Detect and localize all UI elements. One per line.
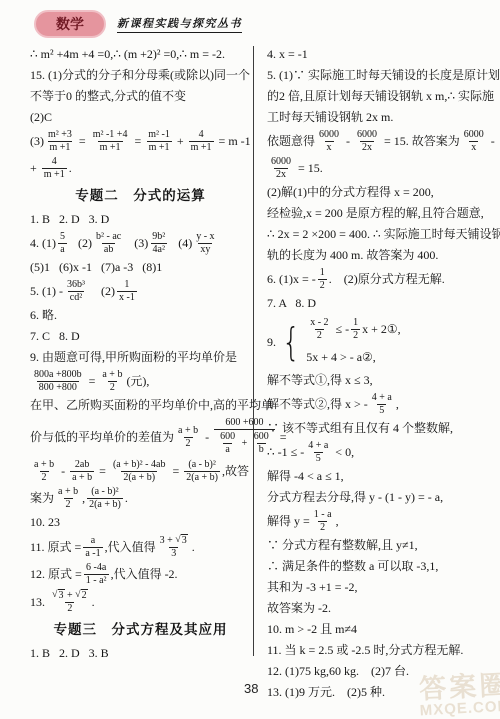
column-divider <box>253 46 254 656</box>
section-heading: 专题三 分式方程及其应用 <box>30 619 251 640</box>
content-line: ∴ -1 ≤ -4 + a5 < 0, <box>267 439 496 466</box>
content-line: ∴ 2x = 2 ×200 = 400. ∴ 实际施工时每天铺设钢 <box>267 224 496 245</box>
content-line: 在甲、乙所购买面粉的平均单价中,高的平均单 <box>30 395 251 416</box>
content-line: 13. √3 + √22. <box>30 588 251 616</box>
content-line: 9. 由题意可得,甲所购面粉的平均单价是 <box>30 347 251 368</box>
page-header: 数学 新课程实践与探究丛书 <box>34 10 242 38</box>
content-line: 10. 23 <box>30 512 251 533</box>
content-line: 1. B 2. D 3. B <box>30 643 251 664</box>
content-line: 6. 略. <box>30 305 251 326</box>
content-line: 10. m > -2 且 m≠4 <box>267 619 496 640</box>
content-line: a + b2 - 2aba + b = (a + b)² - 4ab2(a + … <box>30 458 251 485</box>
content-line: 6. (1)x = -12. (2)原分式方程无解. <box>267 266 496 293</box>
content-line: 解不等式①,得 x ≤ 3, <box>267 370 496 391</box>
subject-badge: 数学 <box>34 10 106 38</box>
series-title: 新课程实践与探究丛书 <box>117 15 242 33</box>
content-line: 5. (1)∵ 实际施工时每天铺设的长度是原计划 <box>267 65 496 86</box>
content-line: ∴ m² +4m +4 =0,∴ (m +2)² =0,∴ m = -2. <box>30 44 251 65</box>
content-line: 经检验,x = 200 是原方程的解,且符合题意, <box>267 203 496 224</box>
content-line: 价与低的平均单价的差值为a + b2 - 600 +600600a + 600b… <box>30 416 251 458</box>
content-line: 解得 y =1 - a2, <box>267 508 496 535</box>
content-line: 不等于0 的整式,分式的值不变 <box>30 86 251 107</box>
watermark-url: MXQE.COM <box>419 699 500 719</box>
content-line: (2)解(1)中的分式方程得 x = 200, <box>267 182 496 203</box>
content-line: (5)1 (6)x -1 (7)a -3 (8)1 <box>30 257 251 278</box>
content-line: 4. x = -1 <box>267 44 496 65</box>
content-line: 其和为 -3 +1 = -2, <box>267 577 496 598</box>
content-line: 60002x = 15. <box>267 155 496 182</box>
answer-page: 数学 新课程实践与探究丛书 ∴ m² +4m +4 =0,∴ (m +2)² =… <box>0 0 500 719</box>
content-line: 分式方程去分母,得 y - (1 - y) = - a, <box>267 487 496 508</box>
content-line: 9. {x - 22 ≤ -12x + 2①,5x + 4 > - a②, <box>267 314 496 370</box>
content-line: 解得 -4 < a ≤ 1, <box>267 466 496 487</box>
content-line: ∵ 分式方程有整数解,且 y≠1, <box>267 535 496 556</box>
content-line: 轨的长度为 400 m. 故答案为 400. <box>267 245 496 266</box>
watermark: 答案圈 MXQE.COM <box>418 671 500 719</box>
content-line: (2)C <box>30 107 251 128</box>
content-line: 5. (1) -36b³cd² (2)1x -1 <box>30 278 251 305</box>
content-line: 依题意得6000x - 60002x = 15. 故答案为6000x - <box>267 128 496 155</box>
content-line: 解不等式②,得 x > -4 + a5, <box>267 391 496 418</box>
content-line: 15. (1)分式的分子和分母乘(或除以)同一个 <box>30 65 251 86</box>
content-line: + 4m +1. <box>30 155 251 182</box>
content-line: 故答案为 -2. <box>267 598 496 619</box>
content-line: ∴ 满足条件的整数 a 可以取 -3,1, <box>267 556 496 577</box>
section-heading: 专题二 分式的运算 <box>30 185 251 206</box>
content-line: 12. 原式 =6 -4a1 - a²,代入值得 -2. <box>30 561 251 588</box>
answer-column-right: 4. x = -15. (1)∵ 实际施工时每天铺设的长度是原计划的2 倍,且原… <box>267 44 496 703</box>
answer-column-left: ∴ m² +4m +4 =0,∴ (m +2)² =0,∴ m = -2.15.… <box>30 44 251 664</box>
content-line: ∵ 该不等式组有且仅有 4 个整数解, <box>267 418 496 439</box>
content-line: 7. C 8. D <box>30 326 251 347</box>
content-line: 的2 倍,且原计划每天铺设钢轨 x m,∴ 实际施 <box>267 86 496 107</box>
content-line: 1. B 2. D 3. D <box>30 209 251 230</box>
content-line: 800a +800b800 +800 = a + b2(元), <box>30 368 251 395</box>
content-line: 工时每天铺设钢轨 2x m. <box>267 107 496 128</box>
page-number: 38 <box>244 681 258 696</box>
content-line: 案为a + b2,(a - b)²2(a + b). <box>30 485 251 512</box>
content-line: (3)m² +3m +1 = m² -1 +4m +1 = m² -1m +1 … <box>30 128 251 155</box>
content-line: 11. 原式 =aa -1,代入值得3 + √33. <box>30 533 251 561</box>
content-line: 7. A 8. D <box>267 293 496 314</box>
content-line: 4. (1)5a (2)b² - acab (3)9b²4a² (4)y - x… <box>30 230 251 257</box>
content-line: 11. 当 k = 2.5 或 -2.5 时,分式方程无解. <box>267 640 496 661</box>
